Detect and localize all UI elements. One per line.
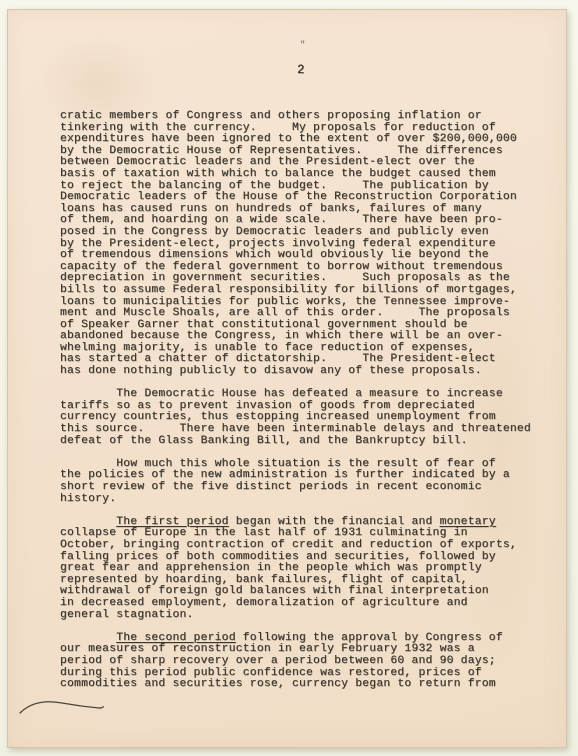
paragraph: The Democratic House has defeated a meas… bbox=[60, 389, 552, 447]
text-line: period of sharp recovery over a period b… bbox=[60, 656, 552, 668]
document-page: " 2 cratic members of Congress and other… bbox=[7, 9, 567, 748]
text-line: great fear and apprehension in the peopl… bbox=[60, 563, 552, 575]
text-line: bills to assume Federal responsibility f… bbox=[60, 285, 552, 297]
text-line: has done nothing publicly to disavow any… bbox=[60, 366, 552, 378]
paragraph: How much this whole situation is the res… bbox=[60, 459, 552, 505]
text-line: posed in the Congress by Democratic lead… bbox=[60, 227, 552, 239]
text-line: defeat of the Glass Banking Bill, and th… bbox=[60, 436, 552, 448]
text-line: of tremendous dimensions which would obv… bbox=[60, 250, 552, 262]
ditto-mark: " bbox=[300, 40, 305, 50]
paragraph: The second period following the approval… bbox=[60, 633, 552, 691]
text-line: Democratic leaders of the House of the R… bbox=[60, 192, 552, 204]
text-line: general stagnation. bbox=[60, 610, 552, 622]
text-line: ment and Muscle Shoals, are all of this … bbox=[60, 308, 552, 320]
paragraph: cratic members of Congress and others pr… bbox=[60, 111, 552, 378]
paragraph: The first period began with the financia… bbox=[60, 517, 552, 621]
text-line: this source. There have been interminabl… bbox=[60, 424, 552, 436]
text-body: cratic members of Congress and others pr… bbox=[60, 111, 552, 702]
text-line: commodities and securities rose, currenc… bbox=[60, 679, 552, 691]
text-line: in decreased employment, demoralization … bbox=[60, 598, 552, 610]
pencil-mark-icon bbox=[18, 696, 108, 725]
text-line: cratic members of Congress and others pr… bbox=[60, 111, 552, 123]
text-line: short review of the five distinct period… bbox=[60, 482, 552, 494]
page-number: 2 bbox=[297, 63, 305, 77]
text-line: basis of taxation with which to balance … bbox=[60, 169, 552, 181]
text-line: October, bringing contraction of credit … bbox=[60, 540, 552, 552]
text-line: history. bbox=[60, 494, 552, 506]
